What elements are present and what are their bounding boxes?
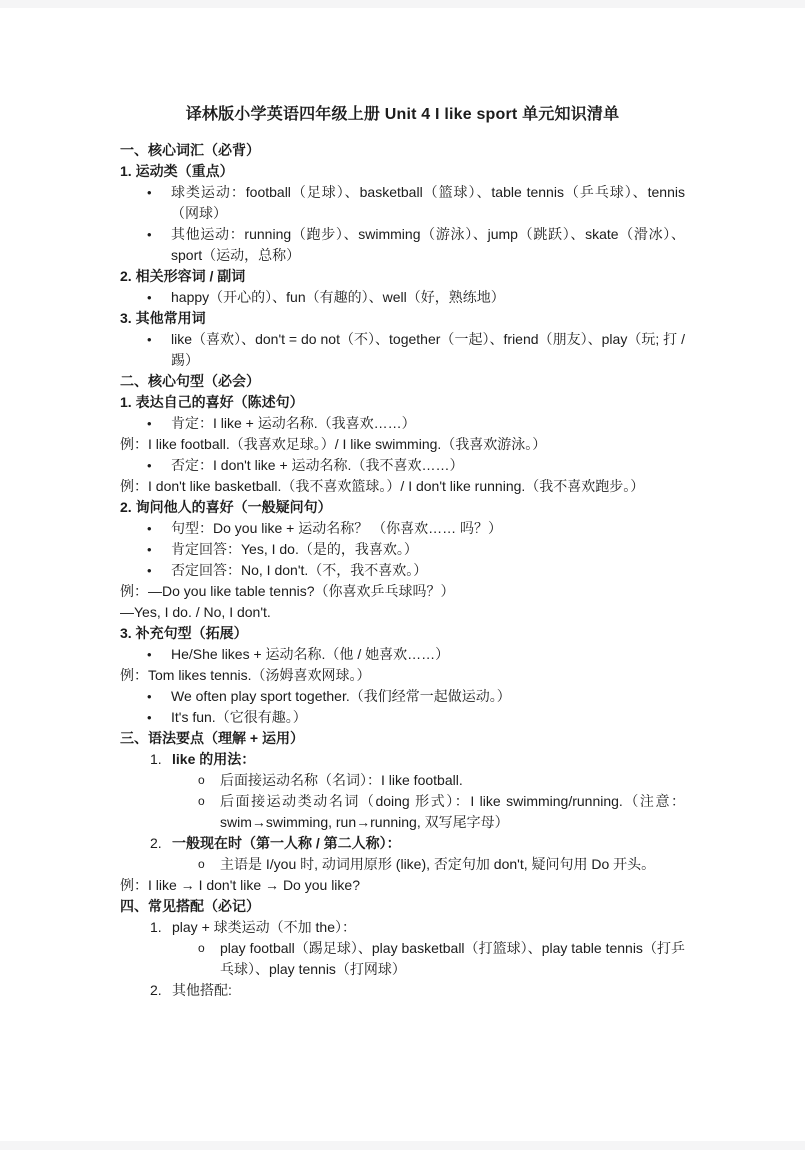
bullet-marker-icon: • [147,707,152,728]
document-content: 译林版小学英语四年级上册 Unit 4 I like sport 单元知识清单 … [0,103,805,1001]
list-item-text: 句型：Do you like + 运动名称？ （你喜欢…… 吗？） [171,520,502,536]
numbered-item-text: like 的用法： [172,751,255,767]
circle-marker-icon: o [198,938,205,959]
sub-bullet-item: oplay football（踢足球）、play basketball（打篮球）… [120,938,685,980]
document-page: 译林版小学英语四年级上册 Unit 4 I like sport 单元知识清单 … [0,8,805,1141]
example-line: —Yes, I do. / No, I don't. [120,602,685,623]
circle-marker-icon: o [198,770,205,791]
section-heading: 三、语法要点（理解 + 运用） [120,728,685,749]
example-line: 例：I like → I don't like → Do you like? [120,875,685,896]
bullet-item: •句型：Do you like + 运动名称？ （你喜欢…… 吗？） [120,518,685,539]
bullet-item: •其他运动：running（跑步）、swimming（游泳）、jump（跳跃）、… [120,224,685,266]
item-number: 1. [150,917,162,938]
list-item-text: It's fun.（它很有趣。） [171,709,307,725]
section-heading: 3. 其他常用词 [120,308,685,329]
list-item-text: 其他运动：running（跑步）、swimming（游泳）、jump（跳跃）、s… [171,226,685,263]
bullet-item: •肯定：I like + 运动名称.（我喜欢……） [120,413,685,434]
bullet-item: •否定：I don't like + 运动名称.（我不喜欢……） [120,455,685,476]
bullet-marker-icon: • [147,413,152,434]
item-number: 1. [150,749,162,770]
page-title: 译林版小学英语四年级上册 Unit 4 I like sport 单元知识清单 [120,103,685,127]
list-item-text: 球类运动：football（足球）、basketball（篮球）、table t… [171,184,685,221]
numbered-item: 1.like 的用法： [120,749,685,770]
bullet-item: •球类运动：football（足球）、basketball（篮球）、table … [120,182,685,224]
list-item-text: 后面接运动名称（名词）：I like football. [220,772,463,788]
sub-bullet-item: o主语是 I/you 时, 动词用原形 (like), 否定句加 don't, … [120,854,685,875]
page-edge-top [0,0,805,8]
page-edge-bottom [0,1141,805,1150]
section-heading: 1. 表达自己的喜好（陈述句） [120,392,685,413]
circle-marker-icon: o [198,791,205,812]
numbered-item-text: 一般现在时（第一人称 / 第二人称）： [172,835,401,851]
bullet-item: •He/She likes + 运动名称.（他 / 她喜欢……） [120,644,685,665]
item-number: 2. [150,833,162,854]
circle-marker-icon: o [198,854,205,875]
numbered-item-text: play + 球类运动（不加 the）： [172,919,356,935]
section-heading: 2. 询问他人的喜好（一般疑问句） [120,497,685,518]
bullet-item: •like（喜欢）、don't = do not（不）、together（一起）… [120,329,685,371]
example-line: 例：I don't like basketball.（我不喜欢篮球。）/ I d… [120,476,685,497]
bullet-marker-icon: • [147,518,152,539]
section-heading: 四、常见搭配（必记） [120,896,685,917]
bullet-item: •肯定回答：Yes, I do.（是的，我喜欢。） [120,539,685,560]
numbered-item: 1.play + 球类运动（不加 the）： [120,917,685,938]
section-heading: 一、核心词汇（必背） [120,140,685,161]
list-item-text: 否定回答：No, I don't.（不，我不喜欢。） [171,562,427,578]
bullet-marker-icon: • [147,224,152,245]
list-item-text: 肯定回答：Yes, I do.（是的，我喜欢。） [171,541,418,557]
section-heading: 二、核心句型（必会） [120,371,685,392]
bullet-marker-icon: • [147,329,152,350]
section-heading: 3. 补充句型（拓展） [120,623,685,644]
sub-bullet-item: o后面接运动名称（名词）：I like football. [120,770,685,791]
numbered-item: 2.一般现在时（第一人称 / 第二人称）： [120,833,685,854]
bullet-item: •It's fun.（它很有趣。） [120,707,685,728]
bullet-marker-icon: • [147,455,152,476]
list-item-text: 后面接运动类动名词（doing 形式）：I like swimming/runn… [220,793,685,830]
section-heading: 2. 相关形容词 / 副词 [120,266,685,287]
list-item-text: 肯定：I like + 运动名称.（我喜欢……） [171,415,416,431]
list-item-text: 否定：I don't like + 运动名称.（我不喜欢……） [171,457,463,473]
numbered-item-text: 其他搭配: [172,982,232,998]
bullet-marker-icon: • [147,182,152,203]
list-item-text: like（喜欢）、don't = do not（不）、together（一起）、… [171,331,685,368]
bullet-marker-icon: • [147,686,152,707]
list-item-text: play football（踢足球）、play basketball（打篮球）、… [220,940,685,977]
example-line: 例：—Do you like table tennis?（你喜欢乒乓球吗？） [120,581,685,602]
list-item-text: 主语是 I/you 时, 动词用原形 (like), 否定句加 don't, 疑… [220,856,655,872]
bullet-item: •否定回答：No, I don't.（不，我不喜欢。） [120,560,685,581]
section-heading: 1. 运动类（重点） [120,161,685,182]
item-number: 2. [150,980,162,1001]
list-item-text: happy（开心的）、fun（有趣的）、well（好，熟练地） [171,289,505,305]
list-item-text: He/She likes + 运动名称.（他 / 她喜欢……） [171,646,449,662]
bullet-item: •We often play sport together.（我们经常一起做运动… [120,686,685,707]
numbered-item: 2.其他搭配: [120,980,685,1001]
bullet-marker-icon: • [147,560,152,581]
bullet-marker-icon: • [147,539,152,560]
bullet-marker-icon: • [147,644,152,665]
bullet-marker-icon: • [147,287,152,308]
example-line: 例：I like football.（我喜欢足球。）/ I like swimm… [120,434,685,455]
example-line: 例：Tom likes tennis.（汤姆喜欢网球。） [120,665,685,686]
list-item-text: We often play sport together.（我们经常一起做运动。… [171,688,511,704]
sub-bullet-item: o后面接运动类动名词（doing 形式）：I like swimming/run… [120,791,685,833]
document-body: 一、核心词汇（必背）1. 运动类（重点）•球类运动：football（足球）、b… [120,140,685,1001]
bullet-item: •happy（开心的）、fun（有趣的）、well（好，熟练地） [120,287,685,308]
